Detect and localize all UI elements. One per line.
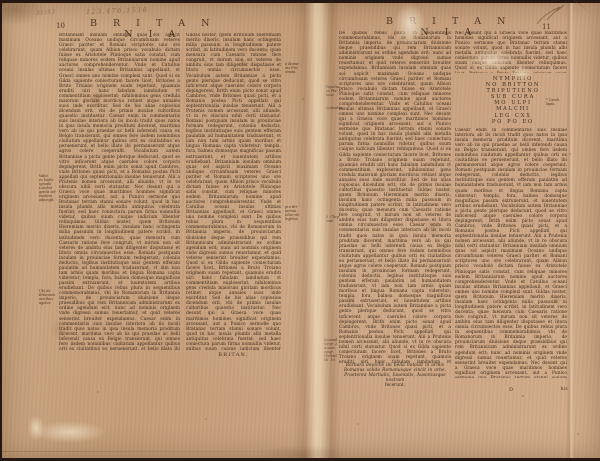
body-text: Vocabulum autem Britanniae a picta gente… xyxy=(59,149,180,189)
body-text: Nec desunt qui a Graeca voce quae mariti… xyxy=(186,306,281,350)
body-text: Vocabulum autem Britanniae a picta gente… xyxy=(339,304,451,350)
body-text: Britanniam insulam omnium quas sol aspic… xyxy=(59,33,180,79)
body-text: Caesar enim in commentariis suis insulae… xyxy=(59,317,180,351)
left-inner-margin-note: pro Bri- tannia. Liber de legibus. xyxy=(285,206,305,222)
paper-sheet: 31/53 123.476.1516 10 B R I T A N N I A … xyxy=(2,3,600,458)
right-inner-margin-note: S. Chry- sost. xyxy=(326,216,342,224)
body-text: Caesar enim in commentariis suis insulae… xyxy=(339,223,451,269)
body-text: Romani postquam insulam in prouinciae fo… xyxy=(186,119,281,165)
body-text: Romani postquam insulam in prouinciae fo… xyxy=(339,264,451,310)
body-text: Vocabulum autem Britanniae a picta gente… xyxy=(455,204,567,250)
bottom-crease xyxy=(2,451,342,452)
body-text: Caesar enim in commentariis suis insulae… xyxy=(455,128,567,168)
right-inner-margin-note: Cornelius. xyxy=(326,107,342,111)
right-page-column-1: De quibus rebus plura in sequentibus com… xyxy=(339,31,451,387)
body-text: Gildas noster, quem Britonum Hieremiam m… xyxy=(186,33,281,73)
body-text: Britanniam insulam omnium quas sol aspic… xyxy=(186,160,281,221)
left-page-column-2: Gildas noster, quem Britonum Hieremiam m… xyxy=(186,33,281,350)
left-page-number: 10 xyxy=(56,22,65,30)
body-text: Gildas noster, quem Britonum Hieremiam m… xyxy=(339,188,451,228)
left-inner-margin-note: a Roma- nis Fro- sinata. xyxy=(285,63,305,75)
book-photo: 31/53 123.476.1516 10 B R I T A N N I A … xyxy=(0,0,600,461)
body-text: Nec desunt qui a Graeca voce quae mariti… xyxy=(455,31,567,66)
body-text: Quod si ex Gilda sapiente coniecturam fa… xyxy=(59,74,180,120)
right-inner-margin-note: Populus ex Pla- tone. xyxy=(326,86,342,98)
right-page-number: 11 xyxy=(542,23,551,31)
body-text: De quibus rebus plura in sequentibus com… xyxy=(339,31,451,71)
pencil-shelfmark: 31/53 xyxy=(36,9,56,16)
body-text: Quod si ex Gilda sapiente coniecturam fa… xyxy=(339,147,451,193)
right-outer-margin-note: * Camb. lapis. xyxy=(546,99,566,107)
verse-close: fecerunt. xyxy=(339,383,451,387)
left-margin-note: Vatio ex hodie synodo Londini gentis ad-… xyxy=(39,175,59,203)
body-text: Gildas noster, quem Britonum Hieremiam m… xyxy=(455,290,567,330)
foxing-specks xyxy=(2,3,4,5)
quoted-verse: Barbara depictis ibi bella notauit in ar… xyxy=(339,363,451,383)
body-text: De quibus rebus plura in sequentibus com… xyxy=(455,325,567,365)
body-text: Nec desunt qui a Graeca voce quae mariti… xyxy=(59,185,180,225)
body-text: Quod si ex Gilda sapiente coniecturam fa… xyxy=(186,261,281,312)
right-inner-margin-note: Iuuenal. Satyr. 2. Auson. epigr. Martial… xyxy=(324,339,341,363)
body-text: Vocabulum autem Britanniae a picta gente… xyxy=(186,74,281,120)
right-page-column-2: Nec desunt qui a Graeca voce quae mariti… xyxy=(455,31,567,387)
body-text: Romani postquam insulam in prouinciae fo… xyxy=(59,251,180,291)
left-page-column-1: Britanniam insulam omnium quas sol aspic… xyxy=(59,33,180,350)
body-text: Nec desunt qui a Graeca voce quae mariti… xyxy=(339,112,451,152)
body-text: Quod si ex Gilda sapiente coniecturam fa… xyxy=(455,66,567,73)
column-text-block: Nec desunt qui a Graeca voce quae mariti… xyxy=(455,31,567,73)
ink-shelfmark: 123.476.1516 xyxy=(86,6,149,16)
body-text: Caesar enim in commentariis suis insulae… xyxy=(59,114,180,154)
left-margin-note: Ubi de Britonum moribus agetur. xyxy=(39,290,59,306)
right-catchword: bis xyxy=(542,387,568,392)
column-text-block: De quibus rebus plura in sequentibus com… xyxy=(339,31,451,363)
body-text: Britanniam insulam omnium quas sol aspic… xyxy=(455,244,567,295)
body-text: Romani postquam insulam in prouinciae fo… xyxy=(455,168,567,208)
body-text: Britanniam insulam omnium quas sol aspic… xyxy=(339,66,451,117)
body-text: De quibus rebus plura in sequentibus com… xyxy=(186,215,281,261)
left-catchword: BRITAN. xyxy=(186,352,281,358)
column-text-block: Caesar enim in commentariis suis insulae… xyxy=(455,128,567,378)
